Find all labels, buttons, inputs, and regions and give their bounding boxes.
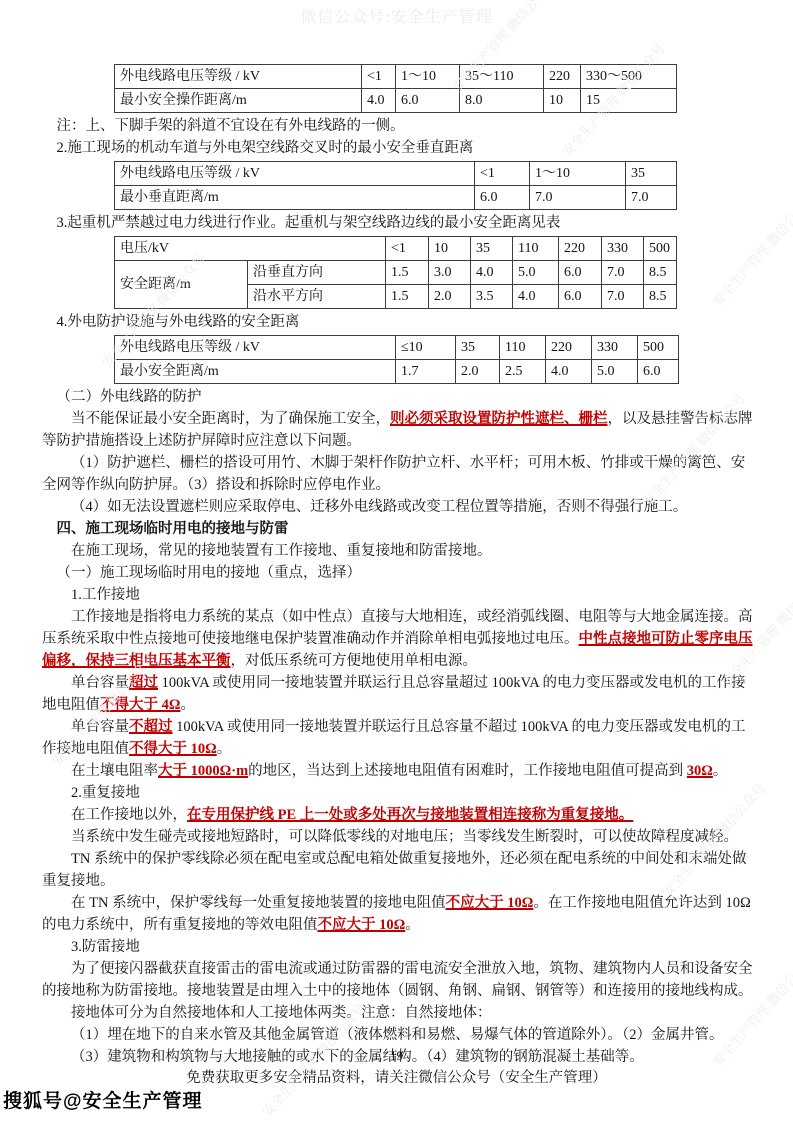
page-number: 19 bbox=[0, 1048, 793, 1064]
text-run: ，对低压系统可方便地使用单相电源。 bbox=[231, 653, 478, 669]
table-cell: 1～10 bbox=[530, 162, 626, 186]
table-cell: <1 bbox=[475, 162, 530, 186]
external-line-operation-distance-table: 外电线路电压等级 / kV<11～1035～110220330～500最小安全操… bbox=[114, 64, 756, 113]
table-cell: 3.0 bbox=[429, 261, 471, 285]
item-2-caption: 2.施工现场的机动车道与外电架空线路交叉时的最小安全垂直距离 bbox=[42, 137, 756, 159]
tn-system-para: TN 系统中的保护零线除必须在配电室或总配电箱处做重复接地外，还必须在配电系统的… bbox=[42, 848, 756, 892]
text-run: TN 系统中的保护零线除必须在配电室或总配电箱处做重复接地外，还必须在配电系统的… bbox=[42, 851, 746, 889]
section-2-heading: （二）外电线路的防护 bbox=[42, 386, 756, 408]
text-run: 2.重复接地 bbox=[71, 785, 140, 801]
table-row: 电压/kV<11035110220330500 bbox=[115, 237, 677, 261]
table-cell: 6.0 bbox=[559, 261, 602, 285]
repeat-ground-heading: 2.重复接地 bbox=[42, 782, 756, 804]
highlighted-text: 不超过 bbox=[129, 719, 173, 735]
text-run: 4.外电防护设施与外电线路的安全距离 bbox=[57, 314, 300, 330]
table-cell: 7.0 bbox=[626, 186, 677, 210]
text-run: （1）防护遮栏、栅栏的搭设可用竹、木脚于架杆作防护立杆、水平杆；可用木板、竹排或… bbox=[42, 455, 745, 493]
table-cell: 6.0 bbox=[396, 89, 460, 113]
table-cell: 500 bbox=[644, 237, 677, 261]
highlighted-text: 则必须采取设置防护性遮栏、栅栏 bbox=[390, 411, 608, 427]
table-cell: ≤10 bbox=[396, 336, 456, 360]
table-cell: 220 bbox=[559, 237, 602, 261]
note-line: 注：上、下脚手架的斜道不宜设在有外电线路的一侧。 bbox=[42, 115, 756, 137]
text-run: 。 bbox=[217, 741, 232, 757]
table-cell: 330 bbox=[602, 237, 644, 261]
external-line-operation-distance-table-grid: 外电线路电压等级 / kV<11～1035～110220330～500最小安全操… bbox=[114, 64, 677, 113]
chapter-4-heading: 四、施工现场临时用电的接地与防雷 bbox=[42, 518, 756, 540]
tn-resistance-para: 在 TN 系统中，保护零线每一处重复接地装置的接地电阻值不应大于 10Ω。在工作… bbox=[42, 892, 756, 936]
text-run: 。 bbox=[405, 917, 420, 933]
top-watermark: 微信公众号:安全生产管理 bbox=[0, 4, 793, 27]
text-run: 。 bbox=[181, 697, 196, 713]
table-cell: 最小安全操作距离/m bbox=[115, 89, 362, 113]
table-cell: 2.0 bbox=[429, 285, 471, 309]
text-run: 接地体可分为自然接地体和人工接地体两类。注意：自然接地体： bbox=[71, 1005, 492, 1021]
table-row: 最小安全操作距离/m4.06.08.01015 bbox=[115, 89, 677, 113]
highlighted-text: 不得大于 4Ω bbox=[100, 697, 181, 713]
text-run: 当不能保证最小安全距离时，为了确保施工安全， bbox=[71, 411, 390, 427]
text-run: 。 bbox=[713, 763, 728, 779]
item-3-caption: 3.起重机严禁越过电力线进行作业。起重机与架空线路边线的最小安全距离见表 bbox=[42, 212, 756, 234]
table-cell: 330～500 bbox=[581, 65, 677, 89]
table-cell: 1～10 bbox=[396, 65, 460, 89]
working-ground-heading: 1.工作接地 bbox=[42, 584, 756, 606]
text-run: 3.防雷接地 bbox=[71, 939, 140, 955]
text-run: 在施工现场，常见的接地装置有工作接地、重复接地和防雷接地。 bbox=[71, 543, 492, 559]
highlighted-text: 不得大于 10Ω bbox=[129, 741, 217, 757]
table-cell: 330 bbox=[592, 336, 638, 360]
table-row: 外电线路电压等级 / kV≤1035110220330500 bbox=[115, 336, 679, 360]
capacity-under-para: 单台容量不超过 100kVA 或使用同一接地装置并联运行且总容量不超过 100k… bbox=[42, 716, 756, 760]
table-cell: 8.0 bbox=[460, 89, 544, 113]
highlighted-text: 30Ω bbox=[687, 763, 713, 779]
table-cell: 35～110 bbox=[460, 65, 544, 89]
item-4-caption: 4.外电防护设施与外电线路的安全距离 bbox=[42, 311, 756, 333]
protection-facility-distance-table: 外电线路电压等级 / kV≤1035110220330500最小安全距离/m1.… bbox=[114, 335, 756, 384]
vertical-distance-table: 外电线路电压等级 / kV<11～1035最小垂直距离/m6.07.07.0 bbox=[114, 161, 756, 210]
highlighted-text: 大于 1000Ω·m bbox=[158, 763, 248, 779]
table-cell: 外电线路电压等级 / kV bbox=[115, 162, 475, 186]
sohu-watermark-badge: 搜狐号@安全生产管理 bbox=[3, 1086, 203, 1113]
table-cell: 5.0 bbox=[592, 360, 638, 384]
table-cell: 外电线路电压等级 / kV bbox=[115, 336, 396, 360]
text-run: 当系统中发生碰壳或接地短路时，可以降低零线的对地电压；当零线发生断裂时，可以使故… bbox=[71, 829, 738, 845]
table-cell: 外电线路电压等级 / kV bbox=[115, 65, 362, 89]
document-content: 外电线路电压等级 / kV<11～1035～110220330～500最小安全操… bbox=[42, 62, 756, 1068]
table-cell: 7.0 bbox=[602, 261, 644, 285]
highlighted-text: 在专用保护线 PE 上一处或多处再次与接地装置相连接称为重复接地。 bbox=[187, 807, 633, 823]
text-run: 3.起重机严禁越过电力线进行作业。起重机与架空线路边线的最小安全距离见表 bbox=[57, 215, 561, 231]
table-cell: 4.0 bbox=[471, 261, 513, 285]
table-cell: 3.5 bbox=[471, 285, 513, 309]
text-run: （二）外电线路的防护 bbox=[57, 389, 202, 405]
working-ground-para: 工作接地是指将电力系统的某点（如中性点）直接与大地相连，或经消弧线圈、电阻等与大… bbox=[42, 606, 756, 672]
crane-safety-distance-table-grid: 电压/kV<11035110220330500安全距离/m沿垂直方向1.53.0… bbox=[114, 236, 677, 309]
table-cell: 7.0 bbox=[602, 285, 644, 309]
footer-note: 免费获取更多安全精品资料，请关注微信公众号（安全生产管理） bbox=[0, 1066, 793, 1087]
table-cell: 1.5 bbox=[386, 261, 429, 285]
table-cell: 10 bbox=[544, 89, 581, 113]
table-cell: 110 bbox=[500, 336, 546, 360]
table-cell: 10 bbox=[429, 237, 471, 261]
text-run: （4）如无法设置遮栏则应采取停电、迁移外电线路或改变工程位置等措施，否则不得强行… bbox=[71, 499, 687, 515]
text-run: 在工作接地以外， bbox=[71, 807, 187, 823]
table-cell: 6.0 bbox=[559, 285, 602, 309]
section-1-heading: （一）施工现场临时用电的接地（重点，选择） bbox=[42, 562, 756, 584]
text-run: 2.施工现场的机动车道与外电架空线路交叉时的最小安全垂直距离 bbox=[57, 140, 474, 156]
protection-facility-distance-table-grid: 外电线路电压等级 / kV≤1035110220330500最小安全距离/m1.… bbox=[114, 335, 679, 384]
lightning-ground-heading: 3.防雷接地 bbox=[42, 936, 756, 958]
table-cell: 2.0 bbox=[456, 360, 500, 384]
table-cell: 1.5 bbox=[386, 285, 429, 309]
table-cell: 110 bbox=[513, 237, 559, 261]
text-run: 在 TN 系统中，保护零线每一处重复接地装置的接地电阻值 bbox=[71, 895, 446, 911]
ground-body-types: 接地体可分为自然接地体和人工接地体两类。注意：自然接地体： bbox=[42, 1002, 756, 1024]
protection-intro-para: 当不能保证最小安全距离时，为了确保施工安全，则必须采取设置防护性遮栏、栅栏，以及… bbox=[42, 408, 756, 452]
text-run: 的地区，当达到上述接地电阻值有困难时，工作接地电阻值可提高到 bbox=[248, 763, 687, 779]
table-cell: <1 bbox=[386, 237, 429, 261]
table-cell: 电压/kV bbox=[115, 237, 386, 261]
crane-safety-distance-table: 电压/kV<11035110220330500安全距离/m沿垂直方向1.53.0… bbox=[114, 236, 756, 309]
table-cell: 7.0 bbox=[530, 186, 626, 210]
table-cell: 1.7 bbox=[396, 360, 456, 384]
table-cell: 35 bbox=[456, 336, 500, 360]
table-cell: 4.0 bbox=[513, 285, 559, 309]
table-row: 最小垂直距离/m6.07.07.0 bbox=[115, 186, 677, 210]
table-cell: 2.5 bbox=[500, 360, 546, 384]
protection-item-4: （4）如无法设置遮栏则应采取停电、迁移外电线路或改变工程位置等措施，否则不得强行… bbox=[42, 496, 756, 518]
table-cell: 最小安全距离/m bbox=[115, 360, 396, 384]
table-cell: 35 bbox=[471, 237, 513, 261]
lightning-ground-para: 为了便接闪器截获直接雷击的雷电流或通过防雷器的雷电流安全泄放入地，筑物、建筑物内… bbox=[42, 958, 756, 1002]
table-cell: 15 bbox=[581, 89, 677, 113]
highlighted-text: 超过 bbox=[129, 675, 158, 691]
table-cell: 最小垂直距离/m bbox=[115, 186, 475, 210]
text-run: （1）埋在地下的自来水管及其他金属管道（液体燃料和易燃、易爆气体的管道除外）。（… bbox=[71, 1027, 724, 1043]
natural-ground-item-1-2: （1）埋在地下的自来水管及其他金属管道（液体燃料和易燃、易爆气体的管道除外）。（… bbox=[42, 1024, 756, 1046]
text-run: （一）施工现场临时用电的接地（重点，选择） bbox=[57, 565, 362, 581]
table-cell: 4.0 bbox=[546, 360, 592, 384]
table-row: 外电线路电压等级 / kV<11～1035～110220330～500 bbox=[115, 65, 677, 89]
repeat-ground-def: 在工作接地以外，在专用保护线 PE 上一处或多处再次与接地装置相连接称为重复接地… bbox=[42, 804, 756, 826]
table-cell: 6.0 bbox=[475, 186, 530, 210]
table-cell: 220 bbox=[546, 336, 592, 360]
text-run: 注：上、下脚手架的斜道不宜设在有外电线路的一侧。 bbox=[57, 118, 405, 134]
table-cell: 沿水平方向 bbox=[248, 285, 386, 309]
table-cell: 35 bbox=[626, 162, 677, 186]
table-cell: 5.0 bbox=[513, 261, 559, 285]
soil-resistivity-para: 在土壤电阻率大于 1000Ω·m的地区，当达到上述接地电阻值有困难时，工作接地电… bbox=[42, 760, 756, 782]
text-run: 在土壤电阻率 bbox=[71, 763, 158, 779]
table-row: 最小安全距离/m1.72.02.54.05.06.0 bbox=[115, 360, 679, 384]
vertical-distance-table-grid: 外电线路电压等级 / kV<11～1035最小垂直距离/m6.07.07.0 bbox=[114, 161, 677, 210]
highlighted-text: 不应大于 10Ω bbox=[318, 917, 406, 933]
text-run: 四、施工现场临时用电的接地与防雷 bbox=[57, 521, 289, 537]
table-cell: 安全距离/m bbox=[115, 261, 248, 309]
table-row: 外电线路电压等级 / kV<11～1035 bbox=[115, 162, 677, 186]
table-cell: 8.5 bbox=[644, 285, 677, 309]
text-run: 为了便接闪器截获直接雷击的雷电流或通过防雷器的雷电流安全泄放入地，筑物、建筑物内… bbox=[42, 961, 753, 999]
text-run: 单台容量 bbox=[71, 719, 129, 735]
text-run: 单台容量 bbox=[71, 675, 129, 691]
table-cell: 4.0 bbox=[362, 89, 396, 113]
grounding-intro: 在施工现场，常见的接地装置有工作接地、重复接地和防雷接地。 bbox=[42, 540, 756, 562]
table-cell: 500 bbox=[638, 336, 679, 360]
table-cell: <1 bbox=[362, 65, 396, 89]
capacity-over-para: 单台容量超过 100kVA 或使用同一接地装置并联运行且总容量超过 100kVA… bbox=[42, 672, 756, 716]
highlighted-text: 不应大于 10Ω bbox=[446, 895, 534, 911]
table-cell: 8.5 bbox=[644, 261, 677, 285]
repeat-ground-benefit: 当系统中发生碰壳或接地短路时，可以降低零线的对地电压；当零线发生断裂时，可以使故… bbox=[42, 826, 756, 848]
text-run: 1.工作接地 bbox=[71, 587, 140, 603]
table-cell: 220 bbox=[544, 65, 581, 89]
table-cell: 6.0 bbox=[638, 360, 679, 384]
protection-item-1: （1）防护遮栏、栅栏的搭设可用竹、木脚于架杆作防护立杆、水平杆；可用木板、竹排或… bbox=[42, 452, 756, 496]
table-cell: 沿垂直方向 bbox=[248, 261, 386, 285]
table-row: 安全距离/m沿垂直方向1.53.04.05.06.07.08.5 bbox=[115, 261, 677, 285]
